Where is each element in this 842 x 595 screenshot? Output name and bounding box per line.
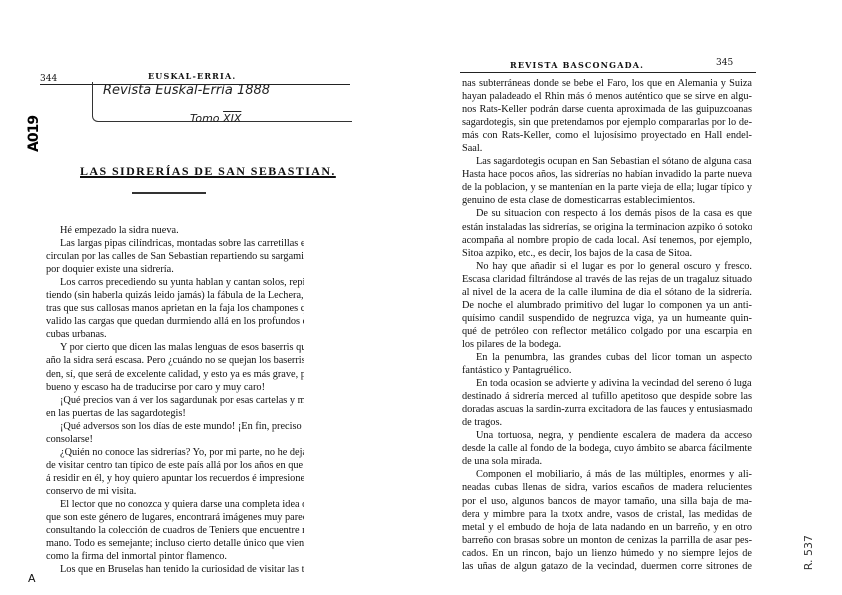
text-line: nas subterráneas donde se bebe el Faro, … [462,77,752,90]
text-line: hayan paladeado el Rhin más ó menos auté… [462,90,752,103]
text-line: desde la calle al fondo de la bodega, cu… [462,442,752,455]
page-number: 345 [716,58,733,68]
text-line: Saal. [462,142,752,155]
page-number: 344 [40,74,57,84]
text-line: ¡Qué adversos son los días de este mundo… [46,420,304,433]
text-line: circulan por las calles de San Sebastian… [46,250,304,263]
text-line: doradas ascuas la sardin-zurra excitador… [462,403,752,416]
volume-label: Tomo [190,112,220,125]
text-line: de visitar centro tan típico de este paí… [46,459,304,472]
text-line: consolarse! [46,433,304,446]
article-body-left: Hé empezado la sidra nueva.Las largas pi… [46,224,304,576]
text-line: De su situacion con respecto á los demás… [462,207,752,220]
header-rule [460,72,756,73]
text-line: Los que en Bruselas han tenido la curios… [46,563,304,576]
text-line: de una sola mirada. [462,455,752,468]
text-line: de la poblacion, y se mantenían en la pa… [462,181,752,194]
text-line: destinado á sidrería merced al tufillo a… [462,390,752,403]
text-line: como la firma del inmortal pintor flamen… [46,550,304,563]
margin-mark: A [28,572,36,585]
archive-stamp: A019 [26,88,40,152]
text-line: conservo de mi visita. [46,485,304,498]
text-line: de tragos. [462,416,752,429]
text-line: están instaladas las sidrerías, se origi… [462,221,752,234]
text-line: No hay que añadir si el lugar es por lo … [462,260,752,273]
text-line: acompaña al nombre propio de cada local.… [462,234,752,247]
text-line: ¿Quién no conoce las sidrerías? Yo, por … [46,446,304,459]
text-line: al nivel de la acera de la calle ilumina… [462,286,752,299]
text-line: Hé empezado la sidra nueva. [46,224,304,237]
text-line: Hasta hace pocos años, las sidrerías no … [462,168,752,181]
text-line: qué de petróleo con reflector metálico c… [462,325,752,338]
handwritten-volume: Tomo XIX [190,112,241,125]
text-line: fantástico y Pantagruélico. [462,364,752,377]
text-line: cubas urbanas. [46,328,304,341]
text-line: que son este género de lugares, encontra… [46,511,304,524]
text-line: neadas cubas llenas de sidra, varios esc… [462,481,752,494]
text-line: ¡Qué precios van á ver los sagardunak po… [46,394,304,407]
text-line: Escasa claridad filtrándose al través de… [462,273,752,286]
text-line: El lector que no conozca y quiera darse … [46,498,304,511]
text-line: las uñas de algun gatazo de la vecindad,… [462,560,752,573]
text-line: Las sagardotegis ocupan en San Sebastian… [462,155,752,168]
text-line: valido las cargas que quedan durmiendo a… [46,315,304,328]
text-line: en las puertas de las sagardotegis! [46,407,304,420]
left-page: 344 EUSKAL-ERRIA. A019 Revista Euskal-Er… [0,0,430,595]
text-line: Los carros precediendo su yunta hablan y… [46,276,304,289]
text-line: año la sidra será escasa. Pero ¿cuándo n… [46,354,304,367]
archive-margin-note: R. 537 [802,535,815,570]
right-page: REVISTA BASCONGADA. 345 nas subterráneas… [430,0,842,595]
text-line: De noche el alumbrado primitivo del luga… [462,299,752,312]
text-line: den, sí, que será de excelente calidad, … [46,368,304,381]
text-line: Componen el mobiliario, á más de las múl… [462,468,752,481]
text-line: mano. Todo es semejante; incluso cierto … [46,537,304,550]
text-line: los pilares de la bodega. [462,338,752,351]
text-line: En toda ocasion se advierte y adivina la… [462,377,752,390]
article-title: LAS SIDRERÍAS DE SAN SEBASTIAN. [80,164,336,179]
text-line: más con Rats-Keller, como el lujosísimo … [462,129,752,142]
text-line: metal y el embudo de hoja de lata nadand… [462,521,752,534]
text-line: dera y mimbre para la txotx andre, vasos… [462,508,752,521]
text-line: En la penumbra, las grandes cubas del li… [462,351,752,364]
article-body-right: nas subterráneas donde se bebe el Faro, … [462,77,752,573]
text-line: quísimo candil suspendido de negruzca vi… [462,312,752,325]
text-line: por el uso, algunos bancos de mayor tama… [462,495,752,508]
text-line: tiendo (sin haberla quizás leido jamás) … [46,289,304,302]
text-line: sagardotegis, sin que pretendamos por ej… [462,116,752,129]
text-line: genuino de esta clase de domesticarras e… [462,194,752,207]
title-flourish-divider [132,192,206,194]
text-line: Sitoa azpiko, etc., es decir, los bajos … [462,247,752,260]
text-line: Una tortuosa, negra, y pendiente escaler… [462,429,752,442]
text-line: Y por cierto que dicen las malas lenguas… [46,341,304,354]
running-head: EUSKAL-ERRIA. [148,71,236,81]
text-line: bueno y escaso ha de traducirse por caro… [46,381,304,394]
text-line: Las largas pipas cilíndricas, montadas s… [46,237,304,250]
text-line: cados. En un rincon, bajo un lienzo húme… [462,547,752,560]
text-line: á residir en él, y hoy quiero apuntar lo… [46,472,304,485]
running-head: REVISTA BASCONGADA. [510,60,644,70]
text-line: por doquier existe una sidrería. [46,263,304,276]
text-line: nos Rats-Keller podrán darse cuenta apro… [462,103,752,116]
text-line: consultando la colección de cuadros de T… [46,524,304,537]
text-line: tras que sus callosas manos aprietan en … [46,302,304,315]
text-line: barreño con brasas sobre un monton de ce… [462,534,752,547]
volume-number: XIX [223,112,241,125]
